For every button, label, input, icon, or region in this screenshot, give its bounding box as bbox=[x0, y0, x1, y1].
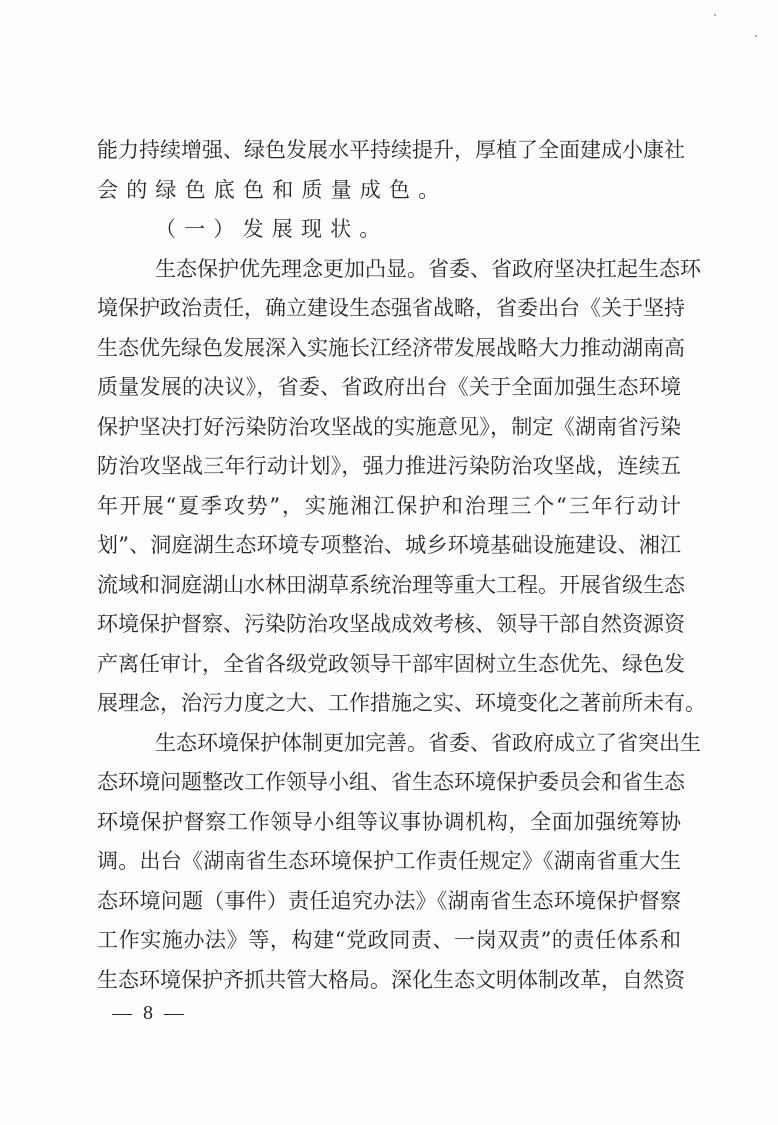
text-line: 展理念，治污力度之大、工作措施之实、环境变化之著前所未有。 bbox=[97, 684, 681, 724]
text-line: 生态环境保护齐抓共管大格局。深化生态文明体制改革，自然资 bbox=[97, 961, 681, 1001]
body-text: 能力持续增强、绿色发展水平持续提升，厚植了全面建成小康社 会的绿色底色和质量成色… bbox=[97, 131, 697, 1000]
text-line: 调。出台《湖南省生态环境保护工作责任规定》《湖南省重大生 bbox=[97, 842, 681, 882]
text-line: 环境保护督察、污染防治攻坚战成效考核、领导干部自然资源资 bbox=[97, 605, 681, 645]
paragraph-start-line: 生态保护优先理念更加凸显。省委、省政府坚决扛起生态环 bbox=[97, 250, 681, 290]
document-page: 能力持续增强、绿色发展水平持续提升，厚植了全面建成小康社 会的绿色底色和质量成色… bbox=[0, 0, 778, 1125]
text-line: 年开展“夏季攻势”，实施湘江保护和治理三个“三年行动计 bbox=[97, 487, 681, 527]
text-line: 产离任审计，全省各级党政领导干部牢固树立生态优先、绿色发 bbox=[97, 645, 681, 685]
paragraph-start-line: 生态环境保护体制更加完善。省委、省政府成立了省突出生 bbox=[97, 724, 681, 764]
text-line: 环境保护督察工作领导小组等议事协调机构，全面加强统筹协 bbox=[97, 803, 681, 843]
scan-speck bbox=[755, 35, 757, 37]
text-line: 保护坚决打好污染防治攻坚战的实施意见》，制定《湖南省污染 bbox=[97, 408, 681, 448]
text-line: 划”、洞庭湖生态环境专项整治、城乡环境基础设施建设、湘江 bbox=[97, 526, 681, 566]
text-line: 能力持续增强、绿色发展水平持续提升，厚植了全面建成小康社 bbox=[97, 131, 681, 171]
scan-speck bbox=[714, 14, 716, 16]
section-heading: （一）发展现状。 bbox=[97, 210, 697, 250]
text-line: 防治攻坚战三年行动计划》，强力推进污染防治攻坚战，连续五 bbox=[97, 447, 681, 487]
page-number: — 8 — bbox=[112, 1002, 187, 1025]
text-line: 工作实施办法》等，构建“党政同责、一岗双责”的责任体系和 bbox=[97, 921, 681, 961]
text-line: 态环境问题（事件）责任追究办法》《湖南省生态环境保护督察 bbox=[97, 882, 681, 922]
text-line: 生态优先绿色发展深入实施长江经济带发展战略大力推动湖南高 bbox=[97, 329, 681, 369]
text-line: 质量发展的决议》，省委、省政府出台《关于全面加强生态环境 bbox=[97, 368, 681, 408]
text-line: 境保护政治责任，确立建设生态强省战略，省委出台《关于坚持 bbox=[97, 289, 681, 329]
text-line: 会的绿色底色和质量成色。 bbox=[97, 171, 697, 211]
text-line: 态环境问题整改工作领导小组、省生态环境保护委员会和省生态 bbox=[97, 763, 681, 803]
text-line: 流域和洞庭湖山水林田湖草系统治理等重大工程。开展省级生态 bbox=[97, 566, 681, 606]
